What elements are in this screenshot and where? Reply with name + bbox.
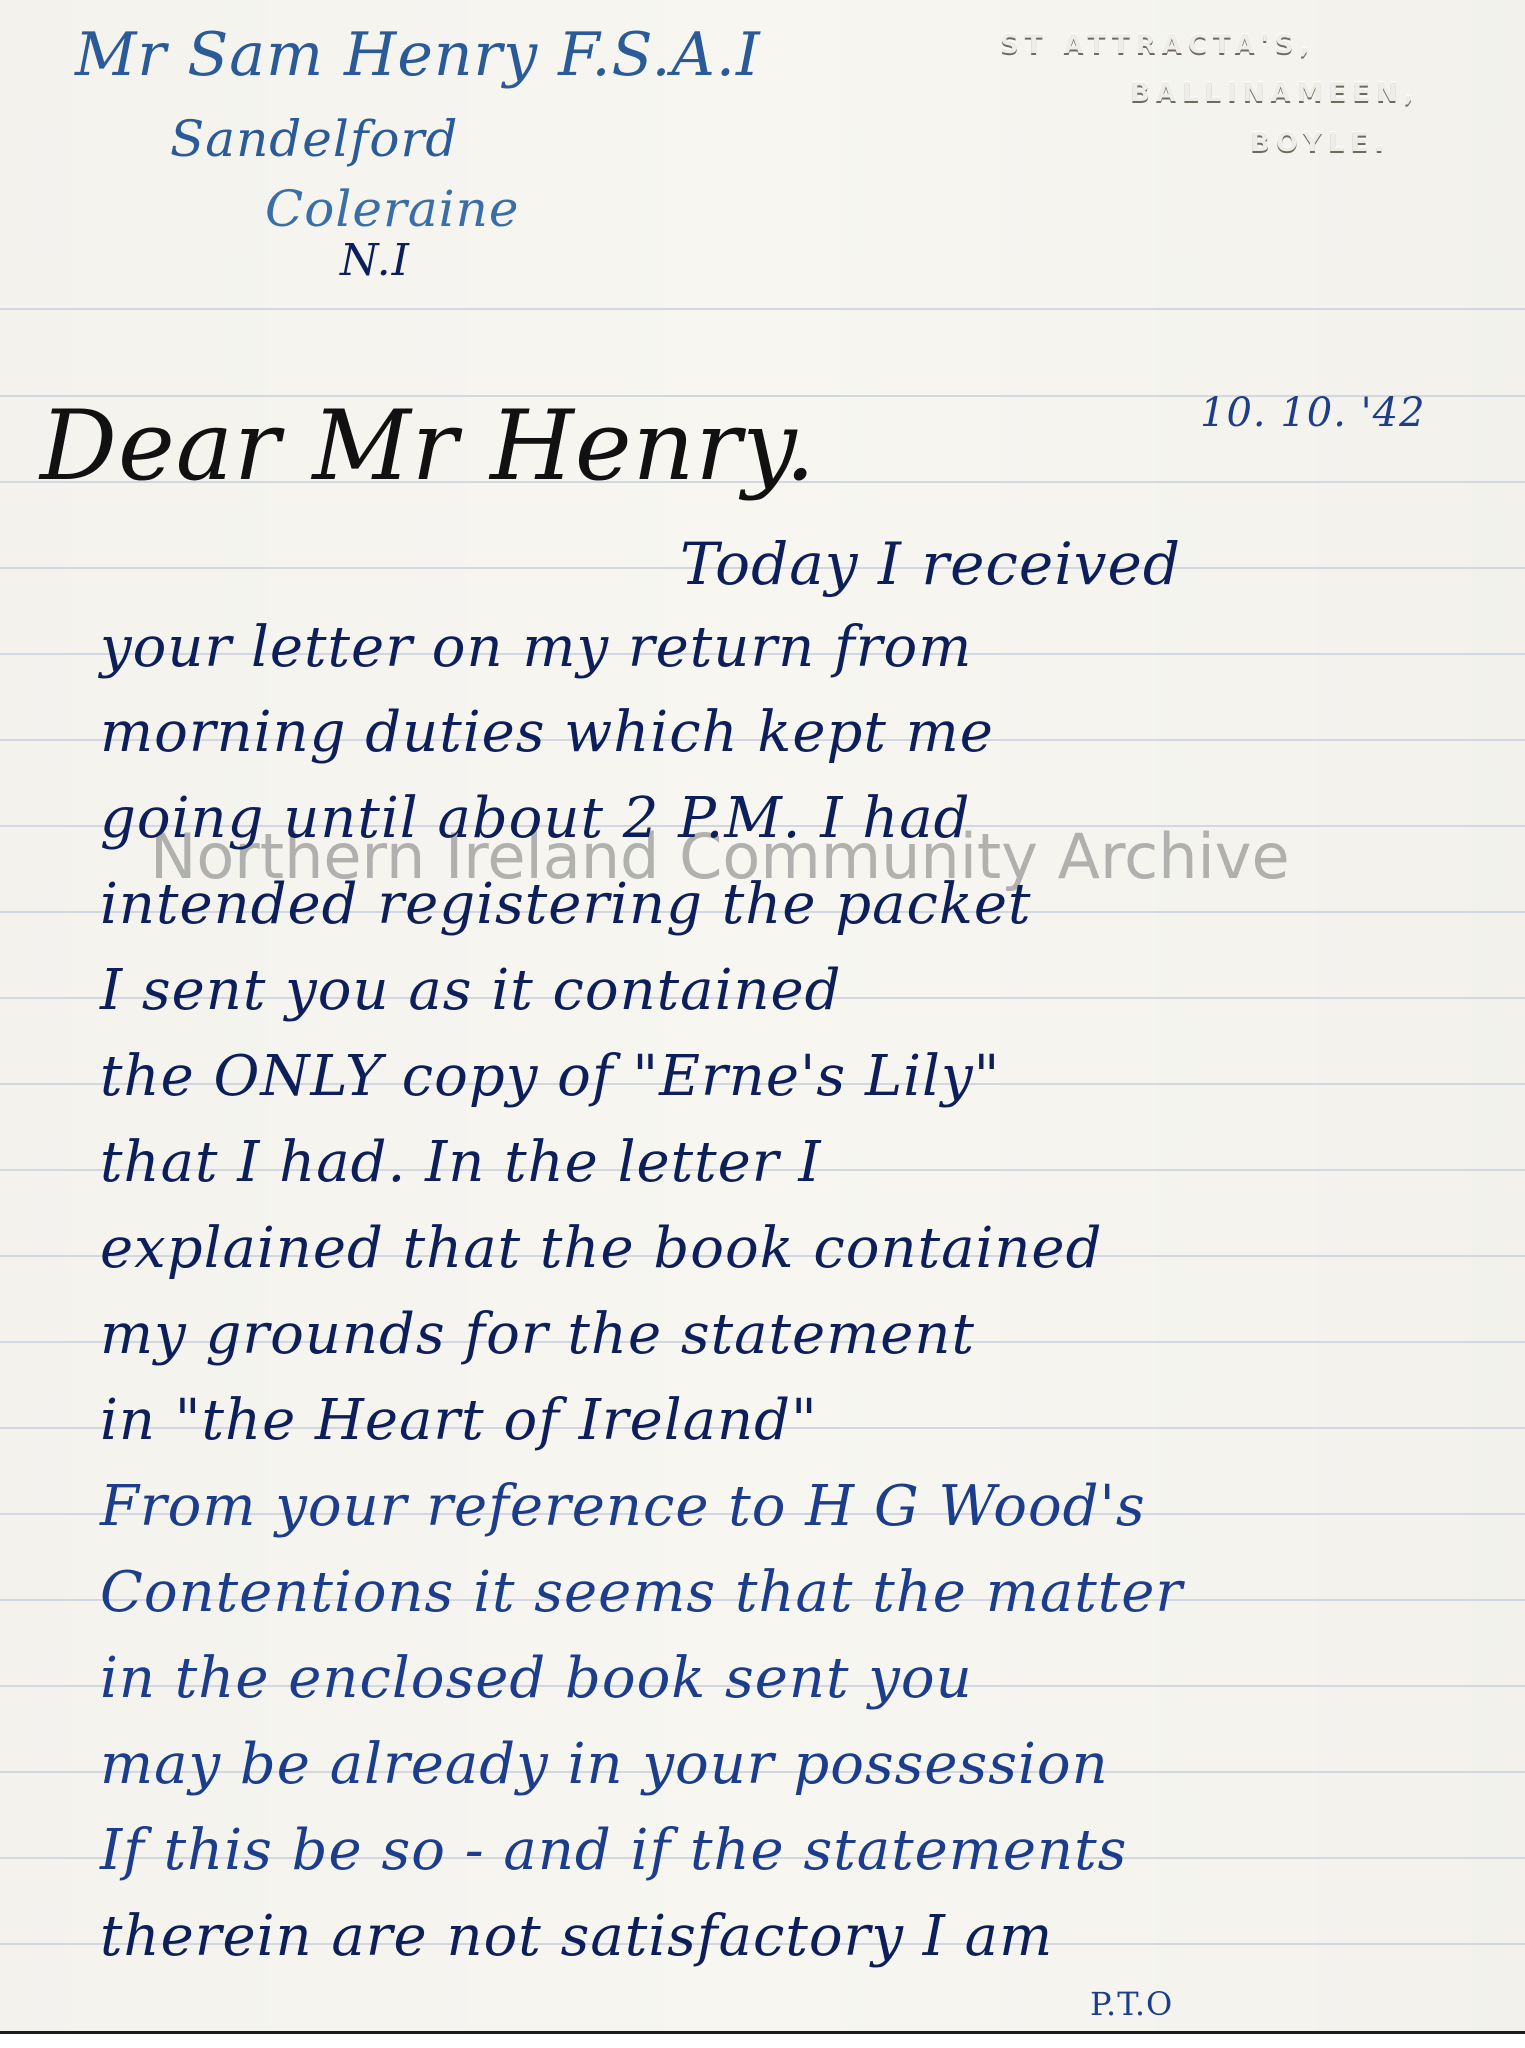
body-line: From your reference to H G Wood's (100, 1474, 1146, 1539)
address-line-4: N.I (340, 235, 410, 286)
body-line: therein are not satisfactory I am (100, 1904, 1053, 1969)
body-line: I sent you as it contained (100, 958, 842, 1023)
body-line: explained that the book contained (100, 1216, 1102, 1281)
address-line-2: Sandelford (170, 110, 458, 168)
body-line: in "the Heart of Ireland" (100, 1388, 818, 1453)
letterhead-line-3: BOYLE. (1250, 128, 1390, 158)
salutation: Dear Mr Henry. (40, 390, 816, 502)
body-line: going until about 2 P.M. I had (100, 786, 971, 851)
letter-page: ST ATTRACTA'S, BALLINAMEEN, BOYLE. Mr Sa… (0, 0, 1525, 2048)
address-line-3: Coleraine (265, 180, 519, 238)
letterhead-line-1: ST ATTRACTA'S, (1000, 30, 1315, 60)
page-bottom-edge (0, 2031, 1525, 2048)
body-line: If this be so - and if the statements (100, 1818, 1127, 1883)
body-line: Contentions it seems that the matter (100, 1560, 1183, 1625)
body-line: your letter on my return from (100, 615, 972, 680)
body-line: in the enclosed book sent you (100, 1646, 973, 1711)
body-line: morning duties which kept me (100, 700, 994, 765)
body-line: intended registering the packet (100, 872, 1031, 937)
body-line: my grounds for the statement (100, 1302, 975, 1367)
pto-note: P.T.O (1090, 1985, 1173, 2023)
body-line: the ONLY copy of "Erne's Lily" (100, 1044, 1000, 1109)
body-line: that I had. In the letter I (100, 1130, 821, 1195)
ruled-line (0, 308, 1525, 310)
letterhead-line-2: BALLINAMEEN, (1130, 78, 1420, 108)
letter-date: 10. 10. '42 (1200, 390, 1426, 436)
body-line: may be already in your possession (100, 1732, 1109, 1797)
body-line: Today I received (680, 530, 1181, 598)
address-line-1: Mr Sam Henry F.S.A.I (75, 20, 761, 90)
